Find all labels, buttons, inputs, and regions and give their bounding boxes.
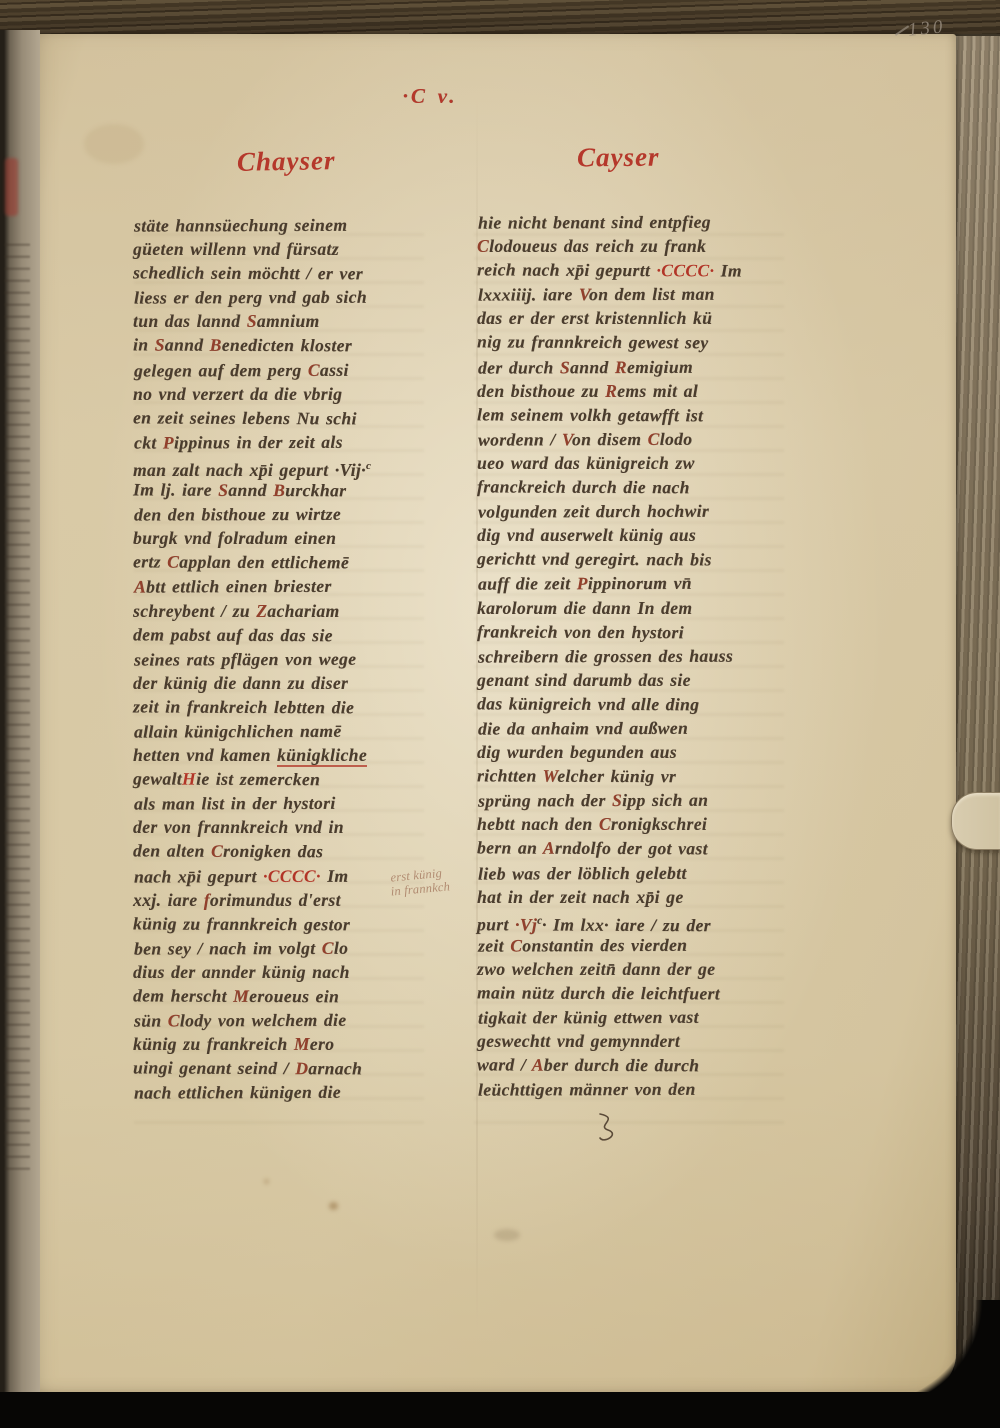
text-line: der von frannkreich vnd in (133, 815, 423, 839)
text-line: geswechtt vnd gemynndert (477, 1029, 777, 1053)
stain-spot (264, 1179, 269, 1184)
text-line: uingi genant seind / Darnach (133, 1056, 423, 1081)
text-line: sprüng nach der Sipp sich an (478, 788, 778, 813)
text-line: volgunden zeit durch hochwir (478, 499, 778, 524)
text-line: richtten Welcher künig vr (477, 764, 777, 789)
text-line: hat in der zeit nach xp̄i ge (477, 885, 777, 909)
text-line: künig zu frannkreich gestor (133, 911, 423, 936)
text-line: lieb was der löblich gelebtt (478, 860, 778, 885)
text-line: den alten Cronigken das (133, 839, 423, 864)
previous-page-edge (0, 30, 40, 1395)
text-line: xxj. iare forimundus d'erst (133, 888, 423, 912)
pencil-smudge (494, 1229, 520, 1241)
text-line: dig vnd auserwelt künig aus (477, 523, 777, 547)
text-line: ueo ward das künigreich zw (477, 451, 777, 475)
text-line: Clodoueus das reich zu frank (477, 234, 777, 258)
text-line: nig zu frannkreich gewest sey (477, 330, 777, 355)
text-line: reich nach xp̄i gepurtt ·CCCC· Im (477, 258, 777, 283)
column-heading-left: Chayser (237, 145, 336, 178)
text-line: bern an Arndolfo der got vast (477, 836, 777, 861)
text-line: das er der erst kristennlich kü (477, 306, 777, 330)
text-line: en zeit seines lebens Nu schi (133, 405, 423, 430)
text-line: karolorum die dann In dem (477, 596, 777, 620)
text-line: tun das lannd Samnium (133, 309, 423, 333)
text-line: ward / Aber durch die durch (477, 1053, 777, 1078)
pen-flourish (594, 1112, 628, 1151)
book-board-top-edge (0, 0, 1000, 36)
text-line: der durch Sannd Remigium (478, 354, 778, 379)
text-line: lem seinem volkh getawfft ist (477, 402, 777, 427)
text-line: nach xp̄i gepurt ·CCCC· Im (134, 863, 424, 888)
text-line: den bisthoue zu Rems mit al (477, 379, 777, 403)
text-line: zeit Constantin des vierden (478, 932, 778, 957)
text-line: man zalt nach xp̄i gepurt ·Vij·c (133, 454, 423, 478)
page-heading-chapter-number: ·C v. (0, 84, 860, 109)
manuscript-photo: 130 ·C v. Chayser Cayser stäte hannsüech… (0, 0, 1000, 1428)
text-line: leüchttigen männer von den (478, 1077, 778, 1102)
text-line: allain künigchlichen namē (134, 718, 424, 743)
text-line: hebtt nach den Cronigkschrei (477, 812, 777, 836)
text-line: Im lj. iare Sannd Burckhar (133, 477, 423, 502)
text-line: gelegen auf dem perg Cassi (134, 357, 424, 382)
stain-spot (329, 1202, 338, 1210)
text-line: gewaltHie ist zemercken (133, 767, 423, 792)
text-line: das künigreich vnd alle ding (477, 691, 777, 716)
text-line: schreybent / zu Zachariam (133, 599, 423, 623)
text-line: schreibern die grossen des hauss (478, 643, 778, 668)
text-line: auff die zeit Pippinorum vn̄ (478, 571, 778, 596)
text-line: der künig die dann zu diser (133, 671, 423, 695)
text-line: hetten vnd kamen künigkliche (133, 743, 423, 767)
text-line: in Sannd Benedicten kloster (133, 333, 423, 358)
text-line: dius der annder künig nach (133, 960, 423, 984)
text-line: schedlich sein möchtt / er ver (133, 261, 423, 286)
text-line: dig wurden begunden aus (477, 740, 777, 764)
photo-background-bottom (0, 1392, 1000, 1428)
text-line: zeit in frankreich lebtten die (133, 694, 423, 719)
text-line: no vnd verzert da die vbrig (133, 382, 423, 406)
ghost-rubric-mark (5, 158, 18, 216)
text-line: frankreich von den hystori (477, 619, 777, 644)
text-line: franckreich durch die nach (477, 474, 777, 499)
text-column-left: stäte hannsüechung seinemgüeten willenn … (133, 213, 423, 1104)
text-line: hie nicht benant sind entpfieg (478, 209, 778, 234)
ghost-text-lines (4, 240, 30, 1170)
text-line: dem herscht Meroueus ein (133, 983, 423, 1008)
stain-spot (84, 124, 144, 164)
text-line: zwo welchen zeitn̄ dann der ge (477, 957, 777, 981)
text-line: den den bisthoue zu wirtze (134, 502, 424, 527)
margin-note: erst künigin frannkch (389, 865, 451, 898)
text-line: sün Clody von welchem die (134, 1008, 424, 1033)
text-line: lxxxiiij. iare Von dem list man (478, 282, 778, 307)
text-line: güeten willenn vnd fürsatz (133, 237, 423, 261)
text-line: als man list in der hystori (134, 791, 424, 816)
text-line: die da anhaim vnd außwen (478, 715, 778, 740)
column-heading-right: Cayser (577, 142, 660, 174)
text-line: seines rats pflägen von wege (134, 646, 424, 671)
text-line: gerichtt vnd geregirt. nach bis (477, 547, 777, 572)
text-line: stäte hannsüechung seinem (134, 212, 424, 237)
text-line: burgk vnd folradum einen (133, 526, 423, 550)
folio-number: 130 (907, 16, 947, 42)
text-column-right: hie nicht benant sind entpfiegClodoueus … (477, 210, 777, 1101)
text-line: wordenn / Von disem Clodo (478, 426, 778, 451)
text-line: künig zu frankreich Mero (133, 1032, 423, 1056)
text-line: tigkait der künig ettwen vast (478, 1005, 778, 1030)
text-line: Abtt ettlich einen briester (134, 574, 424, 599)
text-line: purt ·Vjc· Im lxx· iare / zu der (477, 908, 777, 933)
book-fore-edge-wood (954, 0, 1000, 1400)
text-line: ben sey / nach im volgt Clo (134, 935, 424, 960)
text-line: ckt Pippinus in der zeit als (134, 429, 424, 454)
parchment-index-tab (951, 792, 1000, 850)
text-line: genant sind darumb das sie (477, 668, 777, 692)
text-line: nach ettlichen künigen die (134, 1080, 424, 1105)
text-line: liess er den perg vnd gab sich (134, 285, 424, 310)
text-line: dem pabst auf das das sie (133, 622, 423, 647)
text-line: ertz Capplan den ettlichemē (133, 550, 423, 575)
text-line: main nütz durch die leichtfuert (477, 980, 777, 1005)
